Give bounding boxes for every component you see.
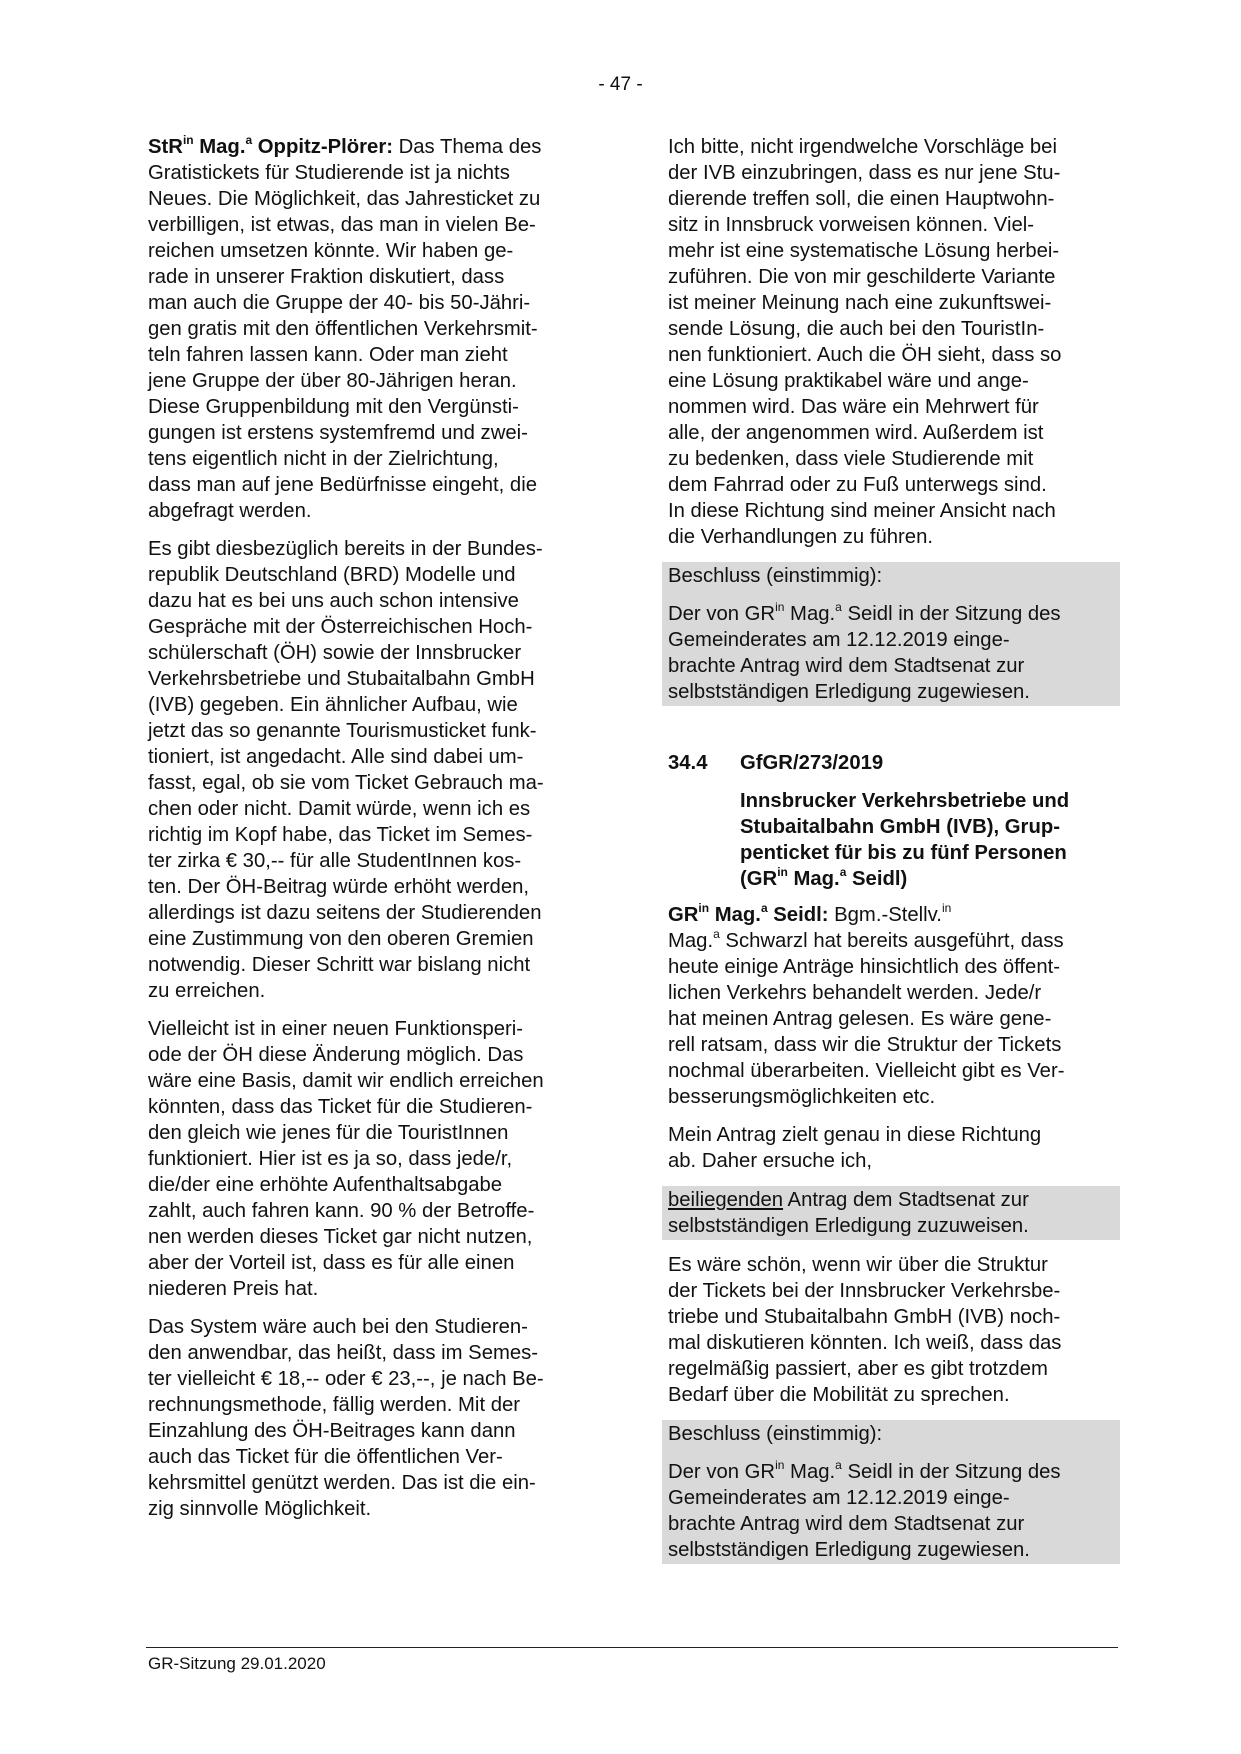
decision-label: Beschluss (einstimmig): [668, 1421, 1120, 1447]
agenda-title-line: Innsbrucker Verkehrsbetriebe und [740, 788, 1118, 814]
text-line: allerdings ist dazu seitens der Studiere… [148, 900, 618, 926]
underlined-word: beiliegenden [668, 1189, 783, 1211]
agenda-title-line: Stubaitalbahn GmbH (IVB), Grup- [740, 814, 1118, 840]
text-line: zahlt, auch fahren kann. 90 % der Betrof… [148, 1198, 618, 1224]
text-line: kehrsmittel genützt werden. Das ist die … [148, 1470, 618, 1496]
text-line: ten. Der ÖH-Beitrag würde erhöht werden, [148, 874, 618, 900]
text-line: alle, der angenommen wird. Außerdem ist [668, 420, 1118, 446]
text-line: der Tickets bei der Innsbrucker Verkehrs… [668, 1278, 1118, 1304]
left-column: StRin Mag.a Oppitz-Plörer: Das Thema des… [148, 134, 618, 1534]
text-line: Ich bitte, nicht irgendwelche Vorschläge… [668, 134, 1118, 160]
text-line: nen werden dieses Ticket gar nicht nutze… [148, 1224, 618, 1250]
speaker-name: StRin Mag.a Oppitz-Plörer: [148, 136, 393, 158]
decision-text-line: Gemeinderates am 12.12.2019 einge- [668, 627, 1120, 653]
text-line: sitz in Innsbruck vorweisen können. Viel… [668, 212, 1118, 238]
text-line: den anwendbar, das heißt, dass im Semes- [148, 1340, 618, 1366]
text-line: Mag.a Schwarzl hat bereits ausgeführt, d… [668, 928, 1118, 954]
agenda-title-line: penticket für bis zu fünf Personen [740, 840, 1118, 866]
footer-session-date: GR-Sitzung 29.01.2020 [148, 1654, 326, 1674]
text-line: rell ratsam, dass wir die Struktur der T… [668, 1032, 1118, 1058]
text-line: der IVB einzubringen, dass es nur jene S… [668, 160, 1118, 186]
text-line: zu bedenken, dass viele Studierende mit [668, 446, 1118, 472]
text-line: ode der ÖH diese Änderung möglich. Das [148, 1042, 618, 1068]
text-line: eine Lösung praktikabel wäre und ange- [668, 368, 1118, 394]
text-line: Neues. Die Möglichkeit, das Jahresticket… [148, 186, 618, 212]
text-line: Es gibt diesbezüglich bereits in der Bun… [148, 536, 618, 562]
text-line: tioniert, ist angedacht. Alle sind dabei… [148, 744, 618, 770]
text-line: nommen wird. Das wäre ein Mehrwert für [668, 394, 1118, 420]
text-line: chen oder nicht. Damit würde, wenn ich e… [148, 796, 618, 822]
text-line: reichen umsetzen könnte. Wir haben ge- [148, 238, 618, 264]
paragraph-structure-discussion: Es wäre schön, wenn wir über die Struktu… [668, 1252, 1118, 1408]
text-line: In diese Richtung sind meiner Ansicht na… [668, 498, 1118, 524]
text-line: ab. Daher ersuche ich, [668, 1148, 1118, 1174]
paragraph-new-period: Vielleicht ist in einer neuen Funktionsp… [148, 1016, 618, 1302]
text-line: jene Gruppe der über 80-Jährigen heran. [148, 368, 618, 394]
request-line: selbstständigen Erledigung zuzuweisen. [668, 1213, 1120, 1239]
text-line: triebe und Stubaitalbahn GmbH (IVB) noch… [668, 1304, 1118, 1330]
decision-block-2: Beschluss (einstimmig): Der von GRin Mag… [662, 1420, 1120, 1564]
text-line: republik Deutschland (BRD) Modelle und [148, 562, 618, 588]
text-line: wäre eine Basis, damit wir endlich errei… [148, 1068, 618, 1094]
text-line: eine Zustimmung von den oberen Gremien [148, 926, 618, 952]
text-line: Gratistickets für Studierende ist ja nic… [148, 160, 618, 186]
text-line: die/der eine erhöhte Aufenthaltsabgabe [148, 1172, 618, 1198]
speech-first-line: StRin Mag.a Oppitz-Plörer: Das Thema des [148, 134, 618, 160]
text-line: dass man auf jene Bedürfnisse eingeht, d… [148, 472, 618, 498]
text-line: gungen ist erstens systemfremd und zwei- [148, 420, 618, 446]
decision-text-line: selbstständigen Erledigung zugewiesen. [668, 1537, 1120, 1563]
text-line: dierende treffen soll, die einen Hauptwo… [668, 186, 1118, 212]
text-line: Einzahlung des ÖH-Beitrages kann dann [148, 1418, 618, 1444]
text-line: Verkehrsbetriebe und Stubaitalbahn GmbH [148, 666, 618, 692]
text-line: regelmäßig passiert, aber es gibt trotzd… [668, 1356, 1118, 1382]
text-line: hat meinen Antrag gelesen. Es wäre gene- [668, 1006, 1118, 1032]
text-line: teln fahren lassen kann. Oder man zieht [148, 342, 618, 368]
text-line: Mein Antrag zielt genau in diese Richtun… [668, 1122, 1118, 1148]
paragraph-speech-seidl: GRin Mag.a Seidl: Bgm.-Stellv.in Mag.a S… [668, 902, 1118, 1110]
speaker-name: GRin Mag.a Seidl: [668, 904, 828, 926]
text-line: Das System wäre auch bei den Studieren- [148, 1314, 618, 1340]
text-line: notwendig. Dieser Schritt war bislang ni… [148, 952, 618, 978]
text-line: niederen Preis hat. [148, 1276, 618, 1302]
text-line: auch das Ticket für die öffentlichen Ver… [148, 1444, 618, 1470]
text-line: könnten, dass das Ticket für die Studier… [148, 1094, 618, 1120]
text-line: die Verhandlungen zu führen. [668, 524, 1118, 550]
agenda-item-heading: 34.4 GfGR/273/2019 Innsbrucker Verkehrsb… [668, 750, 1118, 892]
agenda-item-body: GfGR/273/2019 Innsbrucker Verkehrsbetrie… [740, 750, 1118, 892]
text-line: dem Fahrrad oder zu Fuß unterwegs sind. [668, 472, 1118, 498]
request-block: beiliegenden Antrag dem Stadtsenat zur s… [662, 1186, 1120, 1240]
footer-divider [146, 1647, 1118, 1648]
text-line: heute einige Anträge hinsichtlich des öf… [668, 954, 1118, 980]
text-line: Vielleicht ist in einer neuen Funktionsp… [148, 1016, 618, 1042]
text-line: rade in unserer Fraktion diskutiert, das… [148, 264, 618, 290]
text-line: dazu hat es bei uns auch schon intensive [148, 588, 618, 614]
paragraph-system: Das System wäre auch bei den Studieren- … [148, 1314, 618, 1522]
agenda-item-number: 34.4 [668, 750, 707, 776]
text-line: Diese Gruppenbildung mit den Vergünsti- [148, 394, 618, 420]
text-line: jetzt das so genannte Tourismusticket fu… [148, 718, 618, 744]
decision-label: Beschluss (einstimmig): [668, 563, 1120, 589]
decision-text-line: brachte Antrag wird dem Stadtsenat zur [668, 1511, 1120, 1537]
paragraph-brd-models: Es gibt diesbezüglich bereits in der Bun… [148, 536, 618, 1004]
text-line: Gespräche mit der Österreichischen Hoch- [148, 614, 618, 640]
text-line: ter zirka € 30,-- für alle StudentInnen … [148, 848, 618, 874]
text-line: mehr ist eine systematische Lösung herbe… [668, 238, 1118, 264]
request-line: beiliegenden Antrag dem Stadtsenat zur [668, 1187, 1120, 1213]
text-line: ist meiner Meinung nach eine zukunftswei… [668, 290, 1118, 316]
page-number: - 47 - [0, 74, 1241, 96]
text-line: den gleich wie jenes für die TouristInne… [148, 1120, 618, 1146]
text-line: nochmal überarbeiten. Vielleicht gibt es… [668, 1058, 1118, 1084]
paragraph-antrag-direction: Mein Antrag zielt genau in diese Richtun… [668, 1122, 1118, 1174]
text-line: verbilligen, ist etwas, das man in viele… [148, 212, 618, 238]
text-line: mal diskutieren könnten. Ich weiß, dass … [668, 1330, 1118, 1356]
speech-first-line: GRin Mag.a Seidl: Bgm.-Stellv.in [668, 902, 1118, 928]
text-line: schülerschaft (ÖH) sowie der Innsbrucker [148, 640, 618, 666]
text-line: (IVB) gegeben. Ein ähnlicher Aufbau, wie [148, 692, 618, 718]
text-line: gen gratis mit den öffentlichen Verkehrs… [148, 316, 618, 342]
text-line: tens eigentlich nicht in der Zielrichtun… [148, 446, 618, 472]
text-line: Bedarf über die Mobilität zu sprechen. [668, 1382, 1118, 1408]
paragraph-speech-oppitz-ploerer: StRin Mag.a Oppitz-Plörer: Das Thema des… [148, 134, 618, 524]
text-line: besserungsmöglichkeiten etc. [668, 1084, 1118, 1110]
decision-text-line: Der von GRin Mag.a Seidl in der Sitzung … [668, 1459, 1120, 1485]
text-line: aber der Vorteil ist, dass es für alle e… [148, 1250, 618, 1276]
text-line: zuführen. Die von mir geschilderte Varia… [668, 264, 1118, 290]
paragraph-request-ivb: Ich bitte, nicht irgendwelche Vorschläge… [668, 134, 1118, 550]
text-line: funktioniert. Hier ist es ja so, dass je… [148, 1146, 618, 1172]
text-line: fasst, egal, ob sie vom Ticket Gebrauch … [148, 770, 618, 796]
text-line: zu erreichen. [148, 978, 618, 1004]
decision-block-1: Beschluss (einstimmig): Der von GRin Mag… [662, 562, 1120, 706]
agenda-item-reference: GfGR/273/2019 [740, 750, 1118, 776]
text-line: ter vielleicht € 18,-- oder € 23,--, je … [148, 1366, 618, 1392]
right-column: Ich bitte, nicht irgendwelche Vorschläge… [668, 134, 1118, 1564]
text-line: Es wäre schön, wenn wir über die Struktu… [668, 1252, 1118, 1278]
text-line: nen funktioniert. Auch die ÖH sieht, das… [668, 342, 1118, 368]
decision-text-line: selbstständigen Erledigung zugewiesen. [668, 679, 1120, 705]
text-line: man auch die Gruppe der 40- bis 50-Jähri… [148, 290, 618, 316]
text-line: abgefragt werden. [148, 498, 618, 524]
decision-text-line: Der von GRin Mag.a Seidl in der Sitzung … [668, 601, 1120, 627]
agenda-title-line: (GRin Mag.a Seidl) [740, 866, 1118, 892]
text-line: lichen Verkehrs behandelt werden. Jede/r [668, 980, 1118, 1006]
text-line: zig sinnvolle Möglichkeit. [148, 1496, 618, 1522]
text-line: rechnungsmethode, fällig werden. Mit der [148, 1392, 618, 1418]
text-line: sende Lösung, die auch bei den TouristIn… [668, 316, 1118, 342]
decision-text-line: brachte Antrag wird dem Stadtsenat zur [668, 653, 1120, 679]
text-line: richtig im Kopf habe, das Ticket im Seme… [148, 822, 618, 848]
decision-text-line: Gemeinderates am 12.12.2019 einge- [668, 1485, 1120, 1511]
